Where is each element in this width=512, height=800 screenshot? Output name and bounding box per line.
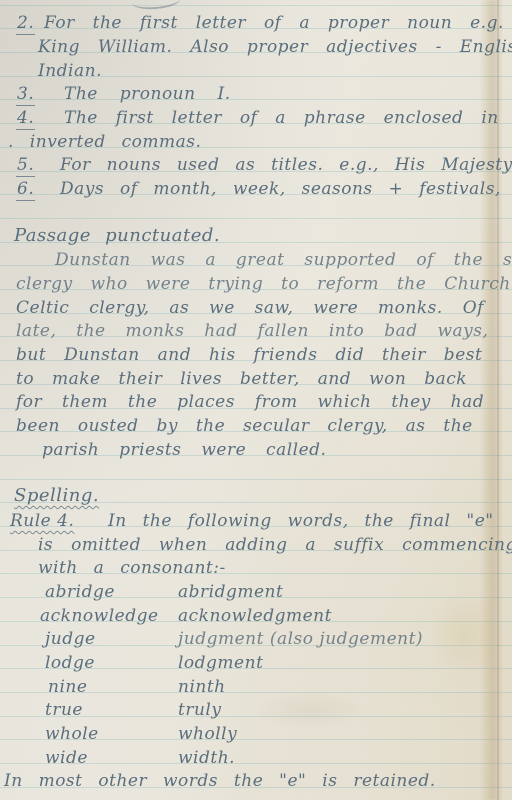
ruled-line [0, 479, 512, 480]
word-pair-row: acknowledge acknowledgment [0, 605, 512, 628]
passage-line: late, the monks had fallen into bad ways… [0, 320, 512, 343]
passage-line: for them the places from which they had [0, 391, 512, 414]
derived-word: wholly [178, 723, 237, 745]
ruled-line [0, 218, 512, 219]
word-pair-row: whole wholly [0, 723, 512, 746]
spelling-rule-line: is omitted when adding a suffix commenci… [0, 534, 512, 557]
spelling-rule-line: with a consonant:- [0, 557, 512, 580]
passage-line: been ousted by the secular clergy, as th… [0, 415, 512, 438]
item-text: King William. Also proper adjectives - E… [38, 36, 512, 58]
passage-line: to make their lives better, and won back [0, 368, 512, 391]
item-text: For nouns used as titles. e.g., His Maje… [60, 154, 512, 176]
passage-line: but Dunstan and his friends did their be… [0, 344, 512, 367]
item-text: The pronoun I. [64, 83, 231, 105]
rule-item-5: 5. For nouns used as titles. e.g., His M… [0, 154, 512, 177]
word-pair-row: wide width. [0, 747, 512, 770]
rule-item-6: 6. Days of month, week, seasons + festiv… [0, 178, 512, 201]
word-pair-row: abridge abridgment [0, 581, 512, 604]
item-text: The first letter of a phrase enclosed in [64, 107, 499, 129]
passage-heading: Passage punctuated. [0, 225, 512, 248]
passage-line: Dunstan was a great supported of the sec… [0, 249, 512, 272]
derived-word: lodgment [178, 652, 263, 674]
item-text: For the first letter of a proper noun e.… [44, 12, 504, 34]
item-number: 5. [16, 154, 35, 177]
base-word: true [45, 699, 83, 721]
notebook-page: 2. For the first letter of a proper noun… [0, 0, 512, 800]
rule-label: Rule 4. [10, 510, 74, 532]
word-pair-row: true truly [0, 699, 512, 722]
derived-word: acknowledgment [178, 605, 332, 627]
rule-item-4-cont: . inverted commas. [0, 131, 512, 154]
derived-word: abridgment [178, 581, 283, 603]
item-number: 3. [16, 83, 35, 106]
spelling-rule-line: Rule 4. In the following words, the fina… [0, 510, 512, 533]
base-word: judge [45, 628, 96, 650]
item-text: Indian. [38, 60, 102, 82]
rule-item-2-cont: Indian. [0, 60, 512, 83]
word-pair-row: nine ninth [0, 676, 512, 699]
derived-word: truly [178, 699, 221, 721]
item-text: . inverted commas. [8, 131, 201, 153]
word-pair-row: lodge lodgment [0, 652, 512, 675]
base-word: wide [45, 747, 88, 769]
base-word: acknowledge [40, 605, 159, 627]
item-text: Days of month, week, seasons + festivals… [60, 178, 501, 200]
rule-item-3: 3. The pronoun I. [0, 83, 512, 106]
ruled-line [0, 5, 512, 6]
rule-item-4: 4. The first letter of a phrase enclosed… [0, 107, 512, 130]
derived-word: width. [178, 747, 235, 769]
passage-line: parish priests were called. [0, 439, 512, 462]
rule-item-2-cont: King William. Also proper adjectives - E… [0, 36, 512, 59]
word-pair-row: judge judgment (also judgement) [0, 628, 512, 651]
closing-note: In most other words the "e" is retained. [0, 770, 512, 793]
base-word: nine [48, 676, 87, 698]
derived-word: ninth [178, 676, 226, 698]
passage-line: clergy who were trying to reform the Chu… [0, 273, 512, 296]
derived-word: judgment (also judgement) [178, 628, 423, 650]
base-word: whole [45, 723, 99, 745]
item-number: 4. [16, 107, 35, 130]
base-word: abridge [45, 581, 115, 603]
item-number: 6. [16, 178, 35, 201]
spelling-heading: Spelling. [0, 485, 512, 508]
item-number: 2. [16, 12, 35, 35]
base-word: lodge [45, 652, 95, 674]
passage-line: Celtic clergy, as we saw, were monks. Of [0, 297, 512, 320]
rule-item-2: 2. For the first letter of a proper noun… [0, 12, 512, 35]
